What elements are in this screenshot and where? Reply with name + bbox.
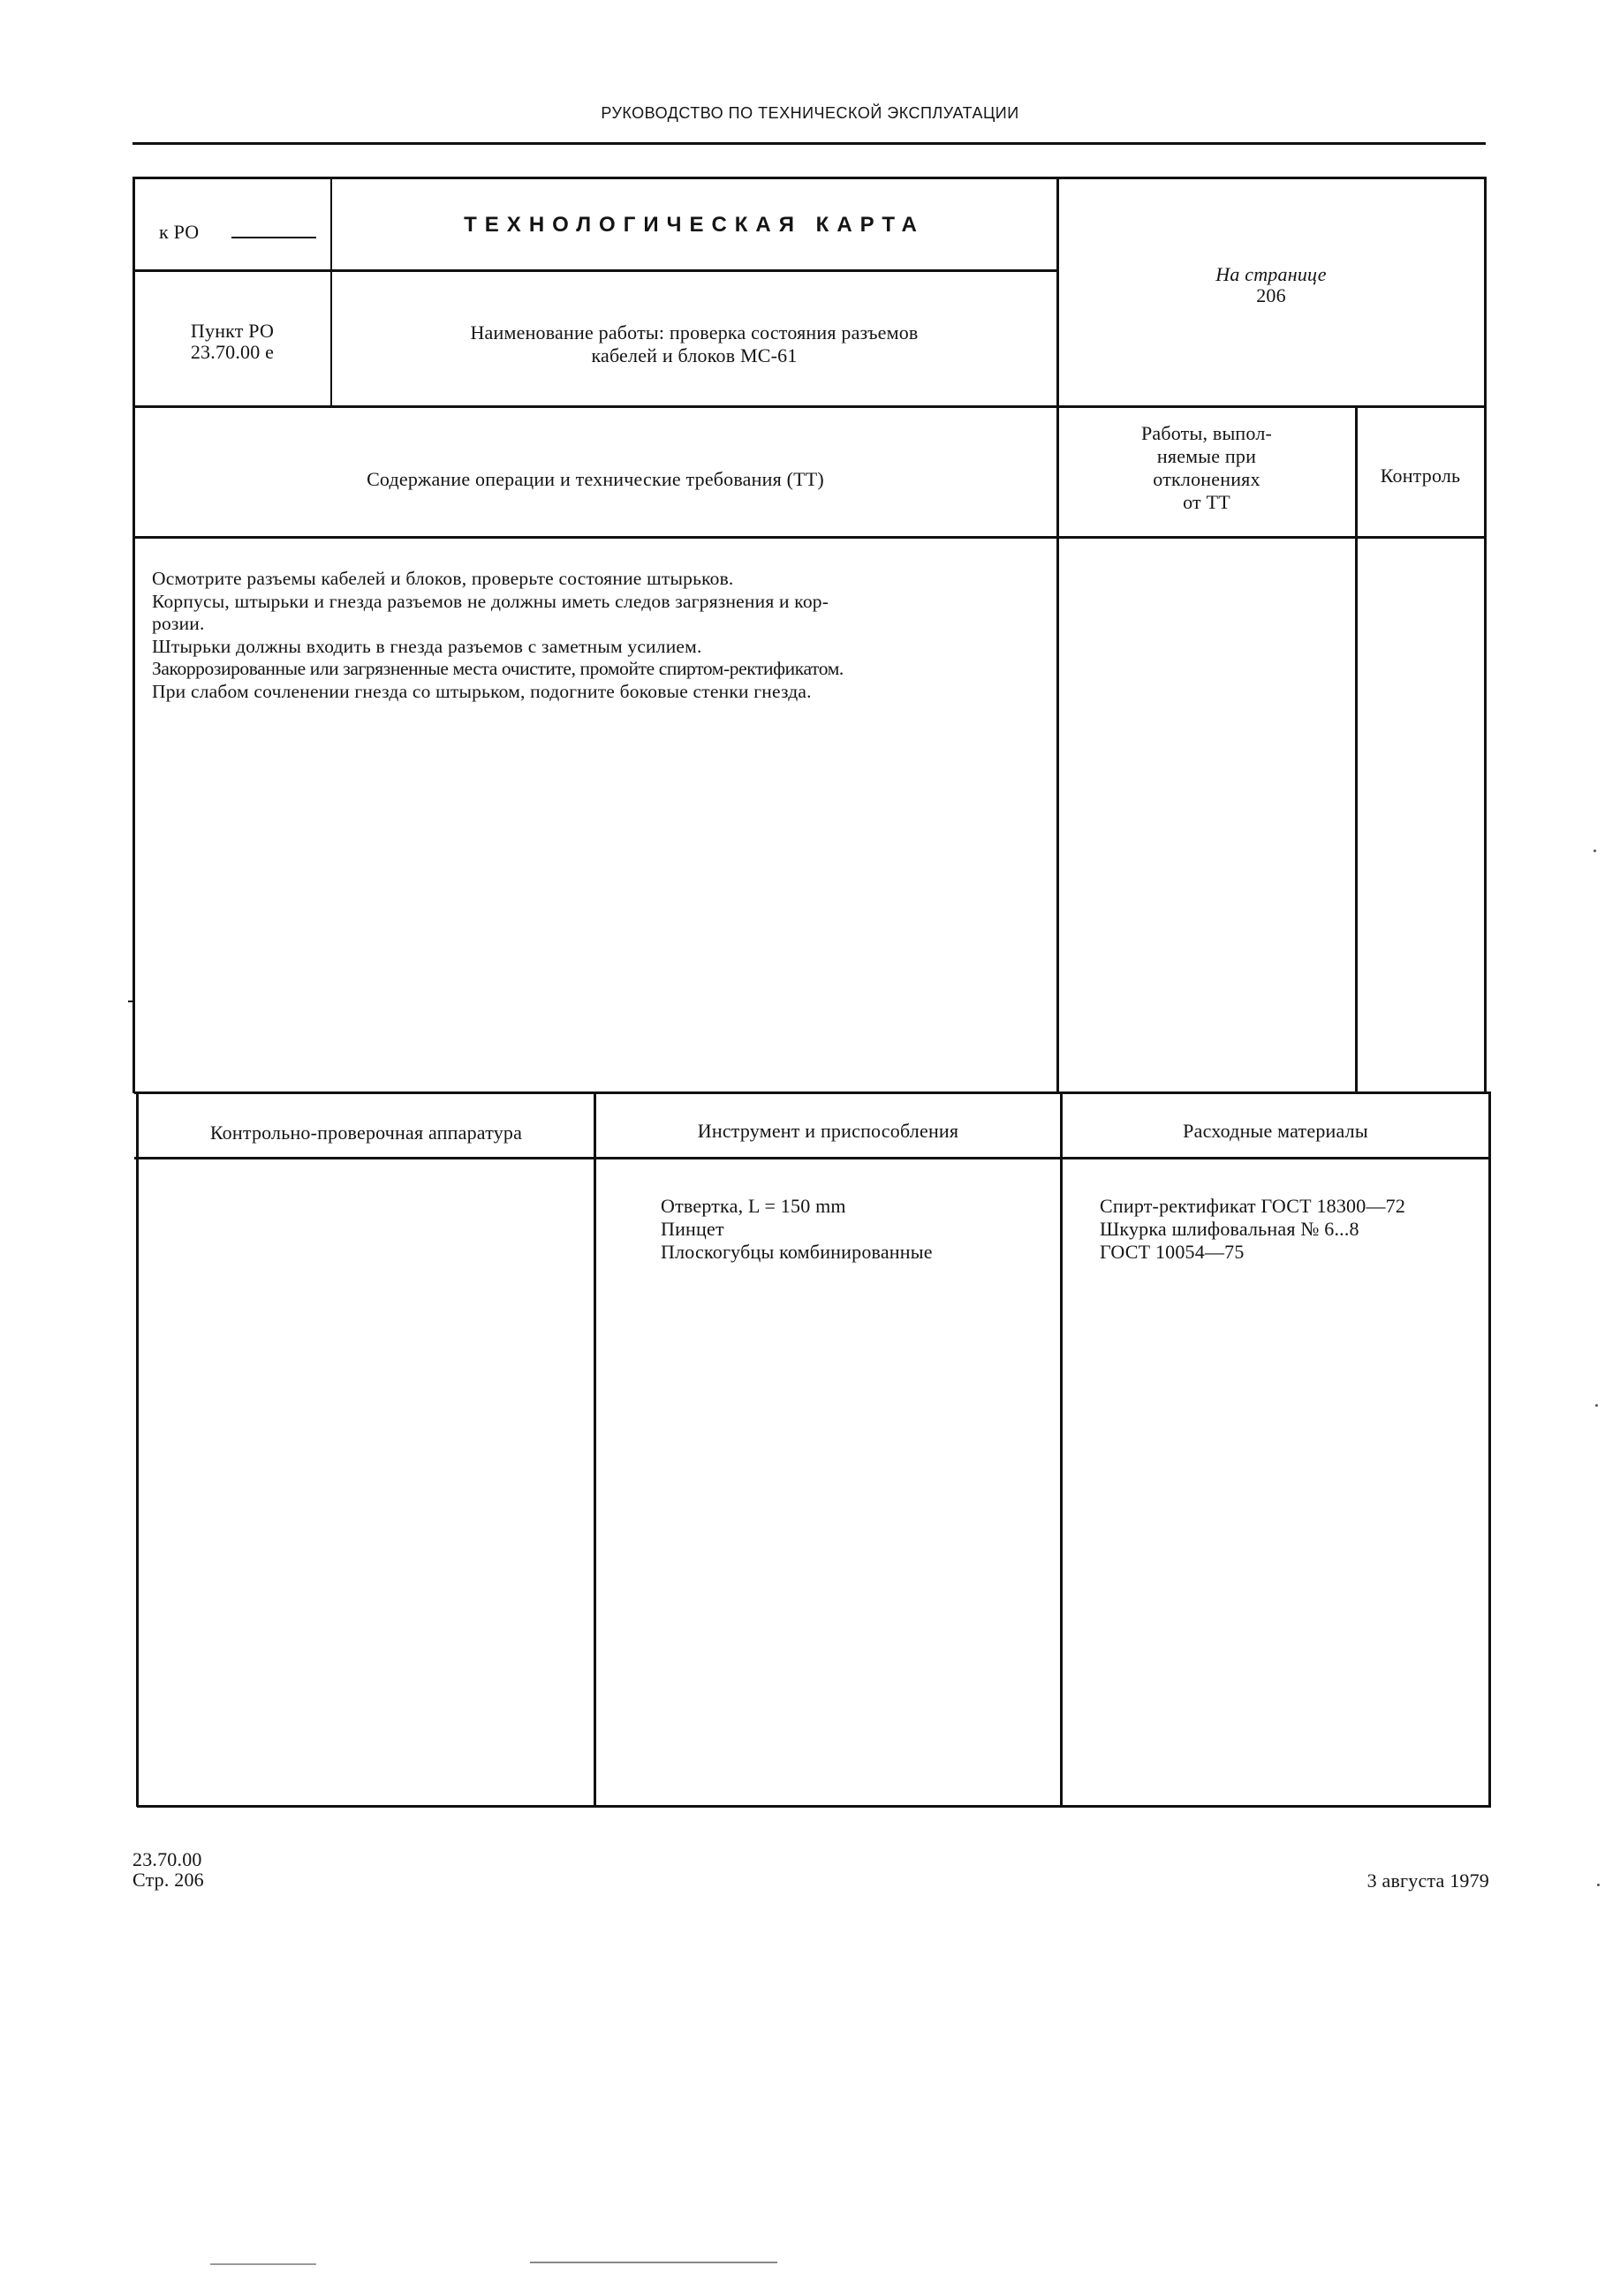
deviations-line: Работы, выпол-	[1058, 422, 1355, 445]
rule	[1060, 1091, 1063, 1807]
rule	[132, 405, 1486, 408]
rule	[132, 177, 135, 1093]
rule	[1056, 177, 1059, 1093]
scan-mark	[128, 1001, 135, 1002]
work-name-line1: Наименование работы: проверка состояния …	[332, 321, 1056, 344]
rule	[330, 177, 332, 407]
item-number: 23.70.00 е	[134, 341, 330, 364]
scan-speck	[1595, 1404, 1598, 1407]
deviations-line: отклонениях	[1058, 468, 1355, 491]
header-rule	[132, 142, 1486, 145]
column-header-deviations: Работы, выпол- няемые при отклонениях от…	[1058, 422, 1355, 514]
material-item: Спирт-ректификат ГОСТ 18300—72	[1100, 1195, 1405, 1218]
rule	[1355, 405, 1358, 1093]
tool-item: Пинцет	[661, 1218, 933, 1241]
operation-line: При слабом сочленении гнезда со штырьком…	[152, 681, 1053, 704]
rule	[594, 1091, 596, 1807]
ref-label-text: к РО	[159, 221, 199, 243]
scan-speck	[1597, 1884, 1600, 1886]
rule	[132, 177, 1486, 179]
operation-line: розии.	[152, 613, 1053, 636]
scan-speck	[1594, 850, 1596, 852]
rule	[1484, 177, 1487, 1093]
material-item: ГОСТ 10054—75	[1100, 1241, 1405, 1264]
operation-line: Штырьки должны входить в гнезда разъемов…	[152, 636, 1053, 659]
rule	[136, 1091, 139, 1807]
column-header-control: Контроль	[1357, 464, 1484, 487]
rule	[134, 1157, 1489, 1159]
header-materials: Расходные материалы	[1063, 1120, 1488, 1143]
deviations-line: няемые при	[1058, 445, 1355, 468]
rule	[134, 1091, 1489, 1094]
rule	[132, 536, 1486, 539]
scan-noise	[210, 2263, 316, 2265]
running-header: РУКОВОДСТВО ПО ТЕХНИЧЕСКОЙ ЭКСПЛУАТАЦИИ	[0, 104, 1620, 123]
tool-item: Плоскогубцы комбинированные	[661, 1241, 933, 1264]
deviations-line: от ТТ	[1058, 491, 1355, 514]
operation-line: Корпусы, штырьки и гнезда разъемов не до…	[152, 591, 1053, 614]
tools-list: Отвертка, L = 150 mm Пинцет Плоскогубцы …	[661, 1195, 933, 1264]
rule	[132, 269, 1057, 272]
rule	[137, 1805, 1491, 1808]
ref-blank-line	[231, 237, 316, 238]
footer-date: 3 августа 1979	[1325, 1869, 1489, 1892]
footer-page: Стр. 206	[132, 1869, 204, 1892]
tool-item: Отвертка, L = 150 mm	[661, 1195, 933, 1218]
operations-text: Осмотрите разъемы кабелей и блоков, пров…	[152, 568, 1053, 703]
page-label: На странице	[1058, 263, 1484, 286]
scan-noise	[530, 2262, 777, 2263]
column-header-content: Содержание операции и технические требов…	[134, 468, 1056, 491]
operation-line: Осмотрите разъемы кабелей и блоков, пров…	[152, 568, 1053, 591]
header-tools: Инструмент и приспособления	[596, 1120, 1060, 1143]
card-title: ТЕХНОЛОГИЧЕСКАЯ КАРТА	[332, 214, 1056, 237]
rule	[1488, 1091, 1491, 1807]
work-name-line2: кабелей и блоков МС-61	[332, 344, 1056, 367]
operation-line: Закоррозированные или загрязненные места…	[152, 658, 1053, 681]
header-equipment: Контрольно-проверочная аппаратура	[139, 1122, 594, 1144]
material-item: Шкурка шлифовальная № 6...8	[1100, 1218, 1405, 1241]
materials-list: Спирт-ректификат ГОСТ 18300—72 Шкурка шл…	[1100, 1195, 1405, 1264]
ref-label: к РО	[159, 221, 199, 244]
page-number: 206	[1058, 284, 1484, 307]
item-label: Пункт РО	[134, 320, 330, 343]
